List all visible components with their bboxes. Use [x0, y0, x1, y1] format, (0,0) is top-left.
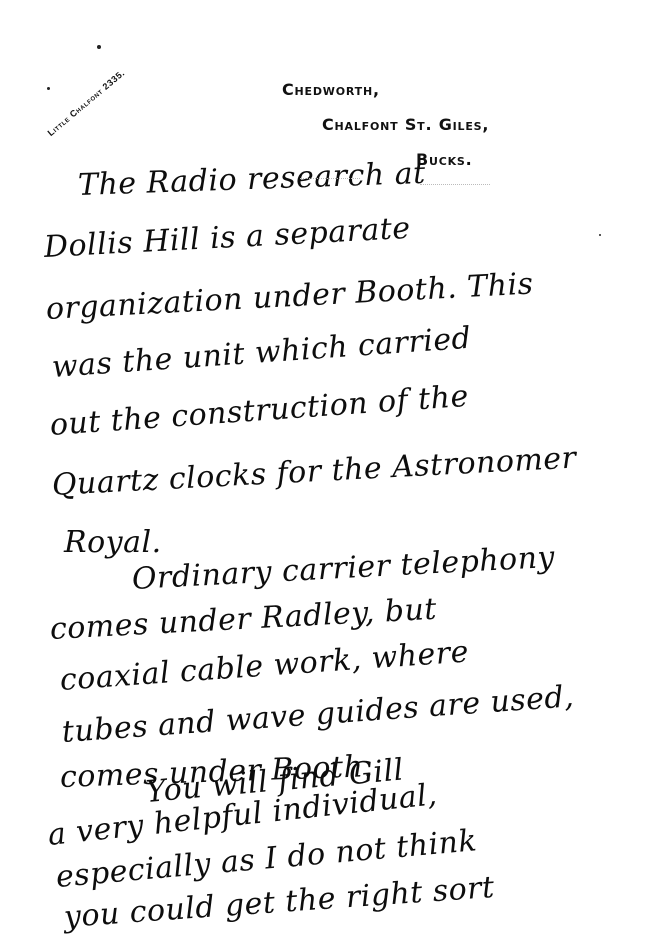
letter-page: Little Chalfont 2335. Chedworth, Chalfon…	[0, 0, 650, 949]
handwritten-line: The Radio research at	[77, 156, 426, 203]
letterhead-address-line-2: Chalfont St. Giles,	[322, 115, 489, 134]
scan-smudge	[420, 184, 490, 185]
handwritten-line: Quartz clocks for the Astronomer	[51, 441, 577, 503]
handwritten-line: Ordinary carrier telephony	[131, 540, 556, 597]
handwritten-line: coaxial cable work, where	[59, 634, 470, 697]
scan-speck	[599, 234, 601, 236]
handwritten-line: organization under Booth. This	[45, 266, 534, 326]
handwritten-line: Royal.	[64, 525, 162, 560]
scan-speck	[47, 87, 50, 90]
scan-smudge	[300, 178, 360, 179]
handwritten-line: was the unit which carried	[51, 321, 473, 385]
handwritten-line: comes under Radley, but	[49, 592, 438, 647]
handwritten-line: out the construction of the	[49, 379, 470, 443]
letterhead-address-line-1: Chedworth,	[282, 80, 380, 99]
scan-speck	[97, 45, 101, 49]
handwritten-line: Dollis Hill is a separate	[43, 211, 411, 265]
letterhead-telephone: Little Chalfont 2335.	[46, 68, 127, 138]
